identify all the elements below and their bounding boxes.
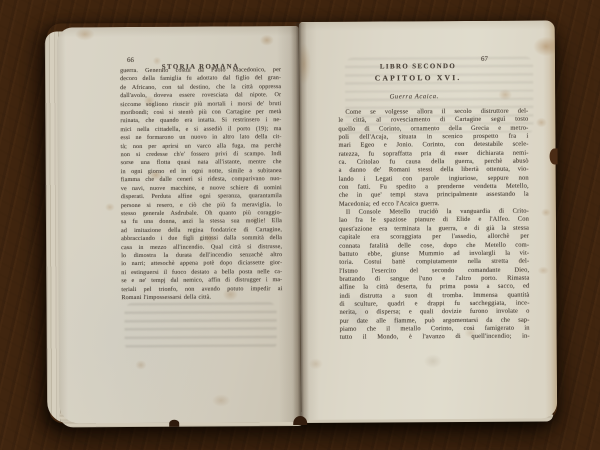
- text-line: abbracciando i due figli gittossi dalla …: [121, 234, 282, 243]
- text-line: se e ne' tempj dal nemico, affin di dist…: [121, 276, 282, 285]
- left-page-body-text: guerra. Generato costui da Paolo Macedon…: [120, 66, 282, 302]
- right-page-body-text: Come se volgesse allora il secolo distru…: [338, 108, 529, 343]
- text-line: disperati. Perduta alfine ogni speranza,…: [121, 192, 282, 201]
- chapter-heading: CAPITOLO XVI.: [338, 73, 498, 83]
- deckle-notch: [550, 148, 558, 164]
- deckle-notch: [169, 420, 179, 427]
- text-line: che in que' tempi stava principalmente a…: [339, 191, 529, 201]
- chapter-subtitle: Guerra Acaica.: [338, 93, 490, 101]
- open-book: 66 STORIA ROMANA guerra. Generato costui…: [0, 0, 600, 450]
- running-head-right: LIBRO SECONDO: [338, 55, 498, 74]
- left-page: 66 STORIA ROMANA guerra. Generato costui…: [57, 26, 301, 423]
- right-page: LIBRO SECONDO 67 CAPITOLO XVI. Guerra Ac…: [299, 20, 557, 420]
- verso-text-showthrough: [124, 302, 276, 351]
- page-number-right: 67: [481, 56, 488, 63]
- deckle-notch: [293, 416, 307, 425]
- book-gutter-fold: [291, 23, 309, 421]
- text-line: Romani l'impossessarsi della città.: [121, 293, 282, 302]
- text-line: tutto il Mondo, è l'avanzo di quell'ince…: [340, 333, 530, 343]
